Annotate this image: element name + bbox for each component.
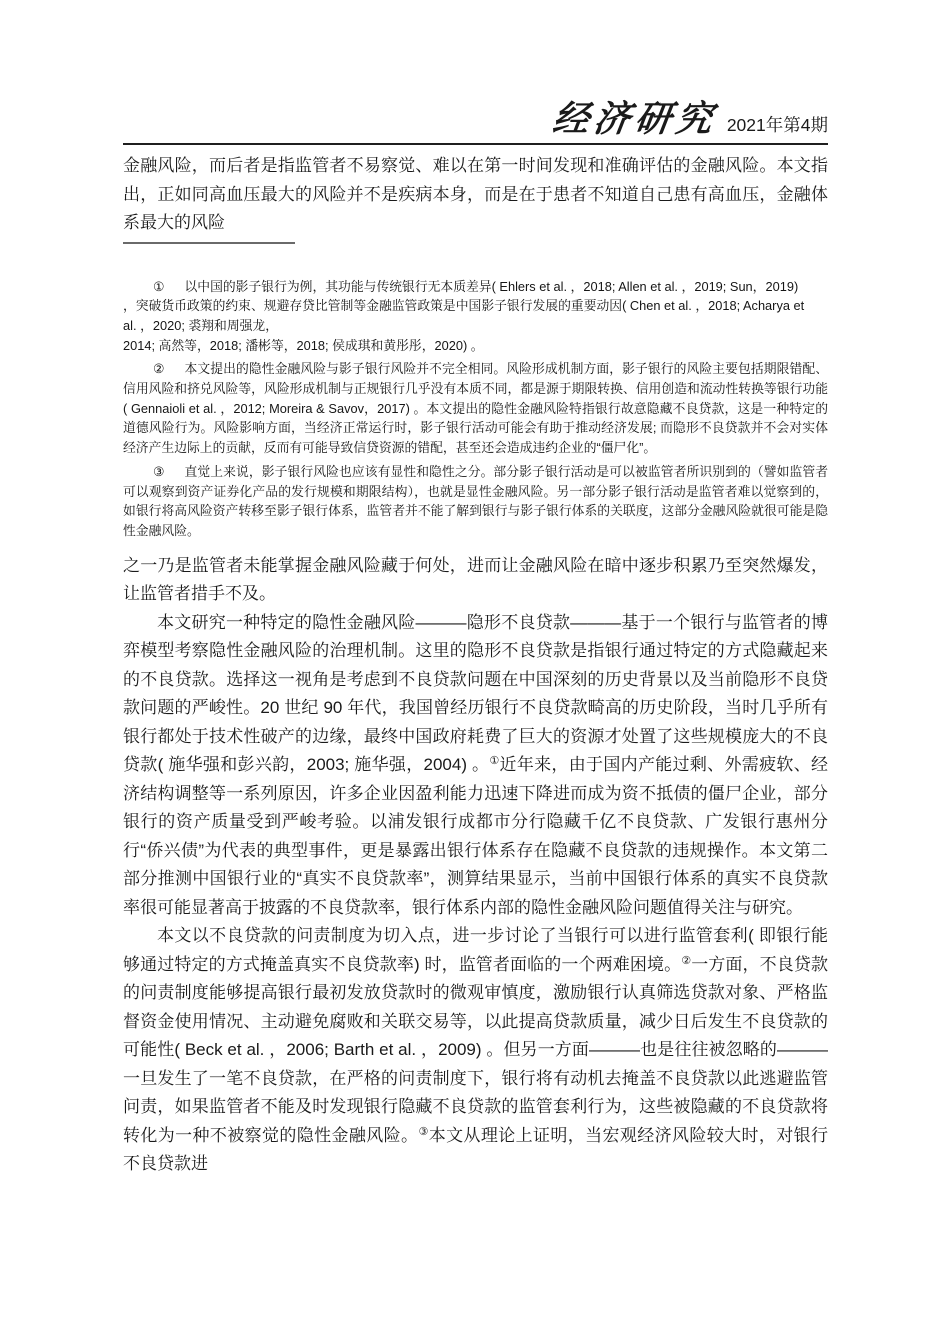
text-run: 一方面，不良贷款的问责制度能够提高银行最初发放贷款时的微观审慎度，激励银行认真筛… (123, 955, 828, 1145)
footnote-text: 本文提出的隐性金融风险与影子银行风险并不完全相同。风险形成机制方面，影子银行的风… (123, 361, 828, 455)
footnote-ref: ② (681, 955, 691, 967)
footnote-ref: ③ (418, 1126, 428, 1138)
journal-logo: 经济研究 (550, 100, 719, 138)
continuation-paragraph-bottom: 之一乃是监管者未能掌握金融风险藏于何处，进而让金融风险在暗中逐步积累乃至突然爆发… (123, 552, 828, 609)
footnote-1: ①以中国的影子银行为例，其功能与传统银行无本质差异( Ehlers et al.… (123, 277, 828, 356)
body-paragraph-2: 本文研究一种特定的隐性金融风险———隐形不良贷款———基于一个银行与监管者的博弈… (123, 609, 828, 923)
continuation-paragraph-top: 金融风险，而后者是指监管者不易察觉、难以在第一时间发现和准确评估的金融风险。本文… (123, 152, 828, 238)
text-run: 金融风险，而后者是指监管者不易察觉、难以在第一时间发现和准确评估的金融风险。本文… (123, 156, 828, 232)
footnote-marker: ③ (153, 464, 165, 479)
footnotes-block: ①以中国的影子银行为例，其功能与传统银行无本质差异( Ehlers et al.… (123, 277, 828, 541)
text-run: 本文研究一种特定的隐性金融风险———隐形不良贷款———基于一个银行与监管者的博弈… (123, 613, 828, 775)
footnote-text: 直觉上来说，影子银行风险也应该有显性和隐性之分。部分影子银行活动是可以被监管者所… (123, 464, 828, 538)
page-header: 经济研究 2021年第4期 (123, 0, 828, 145)
footnote-2: ②本文提出的隐性金融风险与影子银行风险并不完全相同。风险形成机制方面，影子银行的… (123, 359, 828, 458)
footnote-line: ①以中国的影子银行为例，其功能与传统银行无本质差异( Ehlers et al.… (123, 277, 828, 297)
journal-page: 经济研究 2021年第4期 金融风险，而后者是指监管者不易察觉、难以在第一时间发… (0, 0, 950, 1344)
footnote-3: ③直觉上来说，影子银行风险也应该有显性和隐性之分。部分影子银行活动是可以被监管者… (123, 462, 828, 541)
footnote-line: al. ，2020; 裘翔和周强龙， (123, 316, 828, 336)
footnote-ref: ① (489, 755, 499, 767)
footnote-separator (123, 242, 295, 244)
footnote-text: 以中国的影子银行为例，其功能与传统银行无本质差异( Ehlers et al. … (184, 279, 798, 294)
footnote-line: 2014; 高然等，2018; 潘彬等，2018; 侯成琪和黄彤彤，2020) … (123, 336, 828, 356)
text-run: 之一乃是监管者未能掌握金融风险藏于何处，进而让金融风险在暗中逐步积累乃至突然爆发… (123, 556, 828, 604)
footnote-line: ，突破货币政策的约束、规避存贷比管制等金融监管政策是中国影子银行发展的重要动因(… (123, 296, 828, 316)
body-paragraph-3: 本文以不良贷款的问责制度为切入点，进一步讨论了当银行可以进行监管套利( 即银行能… (123, 922, 828, 1179)
footnote-marker: ① (153, 279, 164, 294)
text-run: 近年来，由于国内产能过剩、外需疲软、经济结构调整等一系列原因，许多企业因盈利能力… (123, 755, 828, 917)
issue-label: 2021年第4期 (727, 112, 828, 138)
footnote-marker: ② (153, 361, 165, 376)
